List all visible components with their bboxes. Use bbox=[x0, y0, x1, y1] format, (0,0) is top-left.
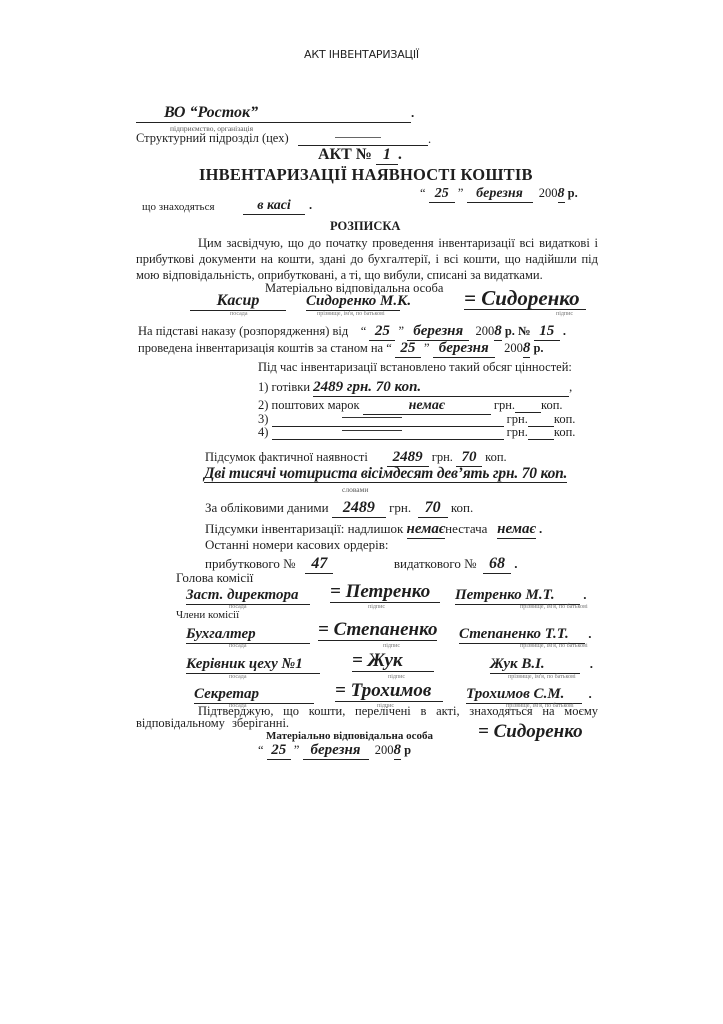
accounting-uah: 2489 bbox=[332, 500, 386, 518]
department-label: Структурний підрозділ (цех) bbox=[136, 131, 289, 146]
receipt-signature: = Сидоренко bbox=[464, 287, 586, 310]
member-name: Трохимов С.М. . bbox=[466, 685, 592, 704]
commission-head-position: Заст. директора bbox=[186, 586, 310, 605]
state-line: проведена інвентаризація коштів за стано… bbox=[138, 341, 544, 358]
receipt-position: Касир bbox=[190, 292, 286, 311]
location-field: в касі . bbox=[243, 196, 312, 215]
location-label: що знаходяться bbox=[142, 201, 215, 213]
member-name: Жук В.І. . bbox=[490, 655, 593, 674]
act-date-month: березня bbox=[467, 187, 533, 203]
location-value: в касі bbox=[243, 199, 305, 215]
act-number: 1 bbox=[376, 147, 398, 165]
confirmation-signature: = Сидоренко bbox=[478, 721, 583, 743]
act-date: “ 25 ” березня 2008 р. bbox=[420, 186, 578, 203]
values-intro: Під час інвентаризації встановлено такий… bbox=[258, 360, 572, 375]
state-day: 25 bbox=[395, 341, 421, 358]
commission-head-label: Голова комісії bbox=[176, 570, 253, 586]
order-day: 25 bbox=[369, 324, 395, 341]
commission-head-signature: = Петренко bbox=[330, 582, 440, 603]
state-month: березня bbox=[433, 341, 495, 358]
member-position: Бухгалтер bbox=[186, 625, 310, 644]
member-signature: = Степаненко bbox=[318, 620, 437, 641]
organization-value: ВО “Росток” bbox=[136, 105, 411, 123]
order-number: 15 bbox=[534, 324, 560, 341]
commission-members-label: Члени комісії bbox=[176, 609, 239, 621]
receipt-full-name: Сидоренко М.К. bbox=[306, 292, 400, 311]
department-dash bbox=[335, 137, 381, 138]
value-item-cash: 1) готівки 2489 грн. 70 коп., bbox=[258, 380, 572, 397]
act-title: АКТ № 1. bbox=[318, 146, 402, 165]
total-in-words: Дві тисячі чотириста вісімдесят дев’ять … bbox=[204, 465, 567, 483]
order-month: березня bbox=[407, 324, 469, 341]
organization-field: ВО “Росток”. bbox=[136, 104, 428, 123]
order-line: На підставі наказу (розпорядження) від “… bbox=[138, 324, 566, 341]
value-item-4: 4) грн. коп. bbox=[258, 425, 575, 440]
act-subtitle: ІНВЕНТАРИЗАЦІЇ НАЯВНОСТІ КОШТІВ bbox=[199, 165, 533, 185]
outgoing-order-number: 68 bbox=[483, 556, 511, 574]
surplus-value: немає bbox=[407, 522, 446, 539]
member-position: Секретар bbox=[194, 685, 314, 704]
member-name: Степаненко Т.Т. . bbox=[459, 625, 592, 644]
incoming-order-number: 47 bbox=[305, 556, 333, 574]
inventory-act-document: ВО “Росток”. підприємство, організація С… bbox=[0, 0, 723, 1024]
confirmation-date: “ 25 ” березня 2008 р bbox=[258, 743, 411, 760]
orders-label: Останні номери касових ордерів: bbox=[205, 537, 389, 553]
act-date-day: 25 bbox=[429, 187, 455, 203]
commission-head-name: Петренко М.Т. . bbox=[455, 586, 587, 605]
accounting-total: За обліковими даними 2489 грн. 70 коп. bbox=[205, 500, 473, 518]
confirmation-responsible-label: Матеріально відповідальна особа bbox=[266, 730, 433, 742]
shortage-value: немає bbox=[497, 522, 536, 539]
member-signature: = Жук bbox=[352, 651, 434, 672]
member-signature: = Трохимов bbox=[335, 681, 443, 702]
receipt-heading: РОЗПИСКА bbox=[330, 219, 400, 234]
member-position: Керівник цеху №1 bbox=[186, 655, 320, 674]
receipt-text: Цим засвідчую, що до початку проведення … bbox=[136, 235, 598, 283]
accounting-kop: 70 bbox=[418, 500, 448, 518]
